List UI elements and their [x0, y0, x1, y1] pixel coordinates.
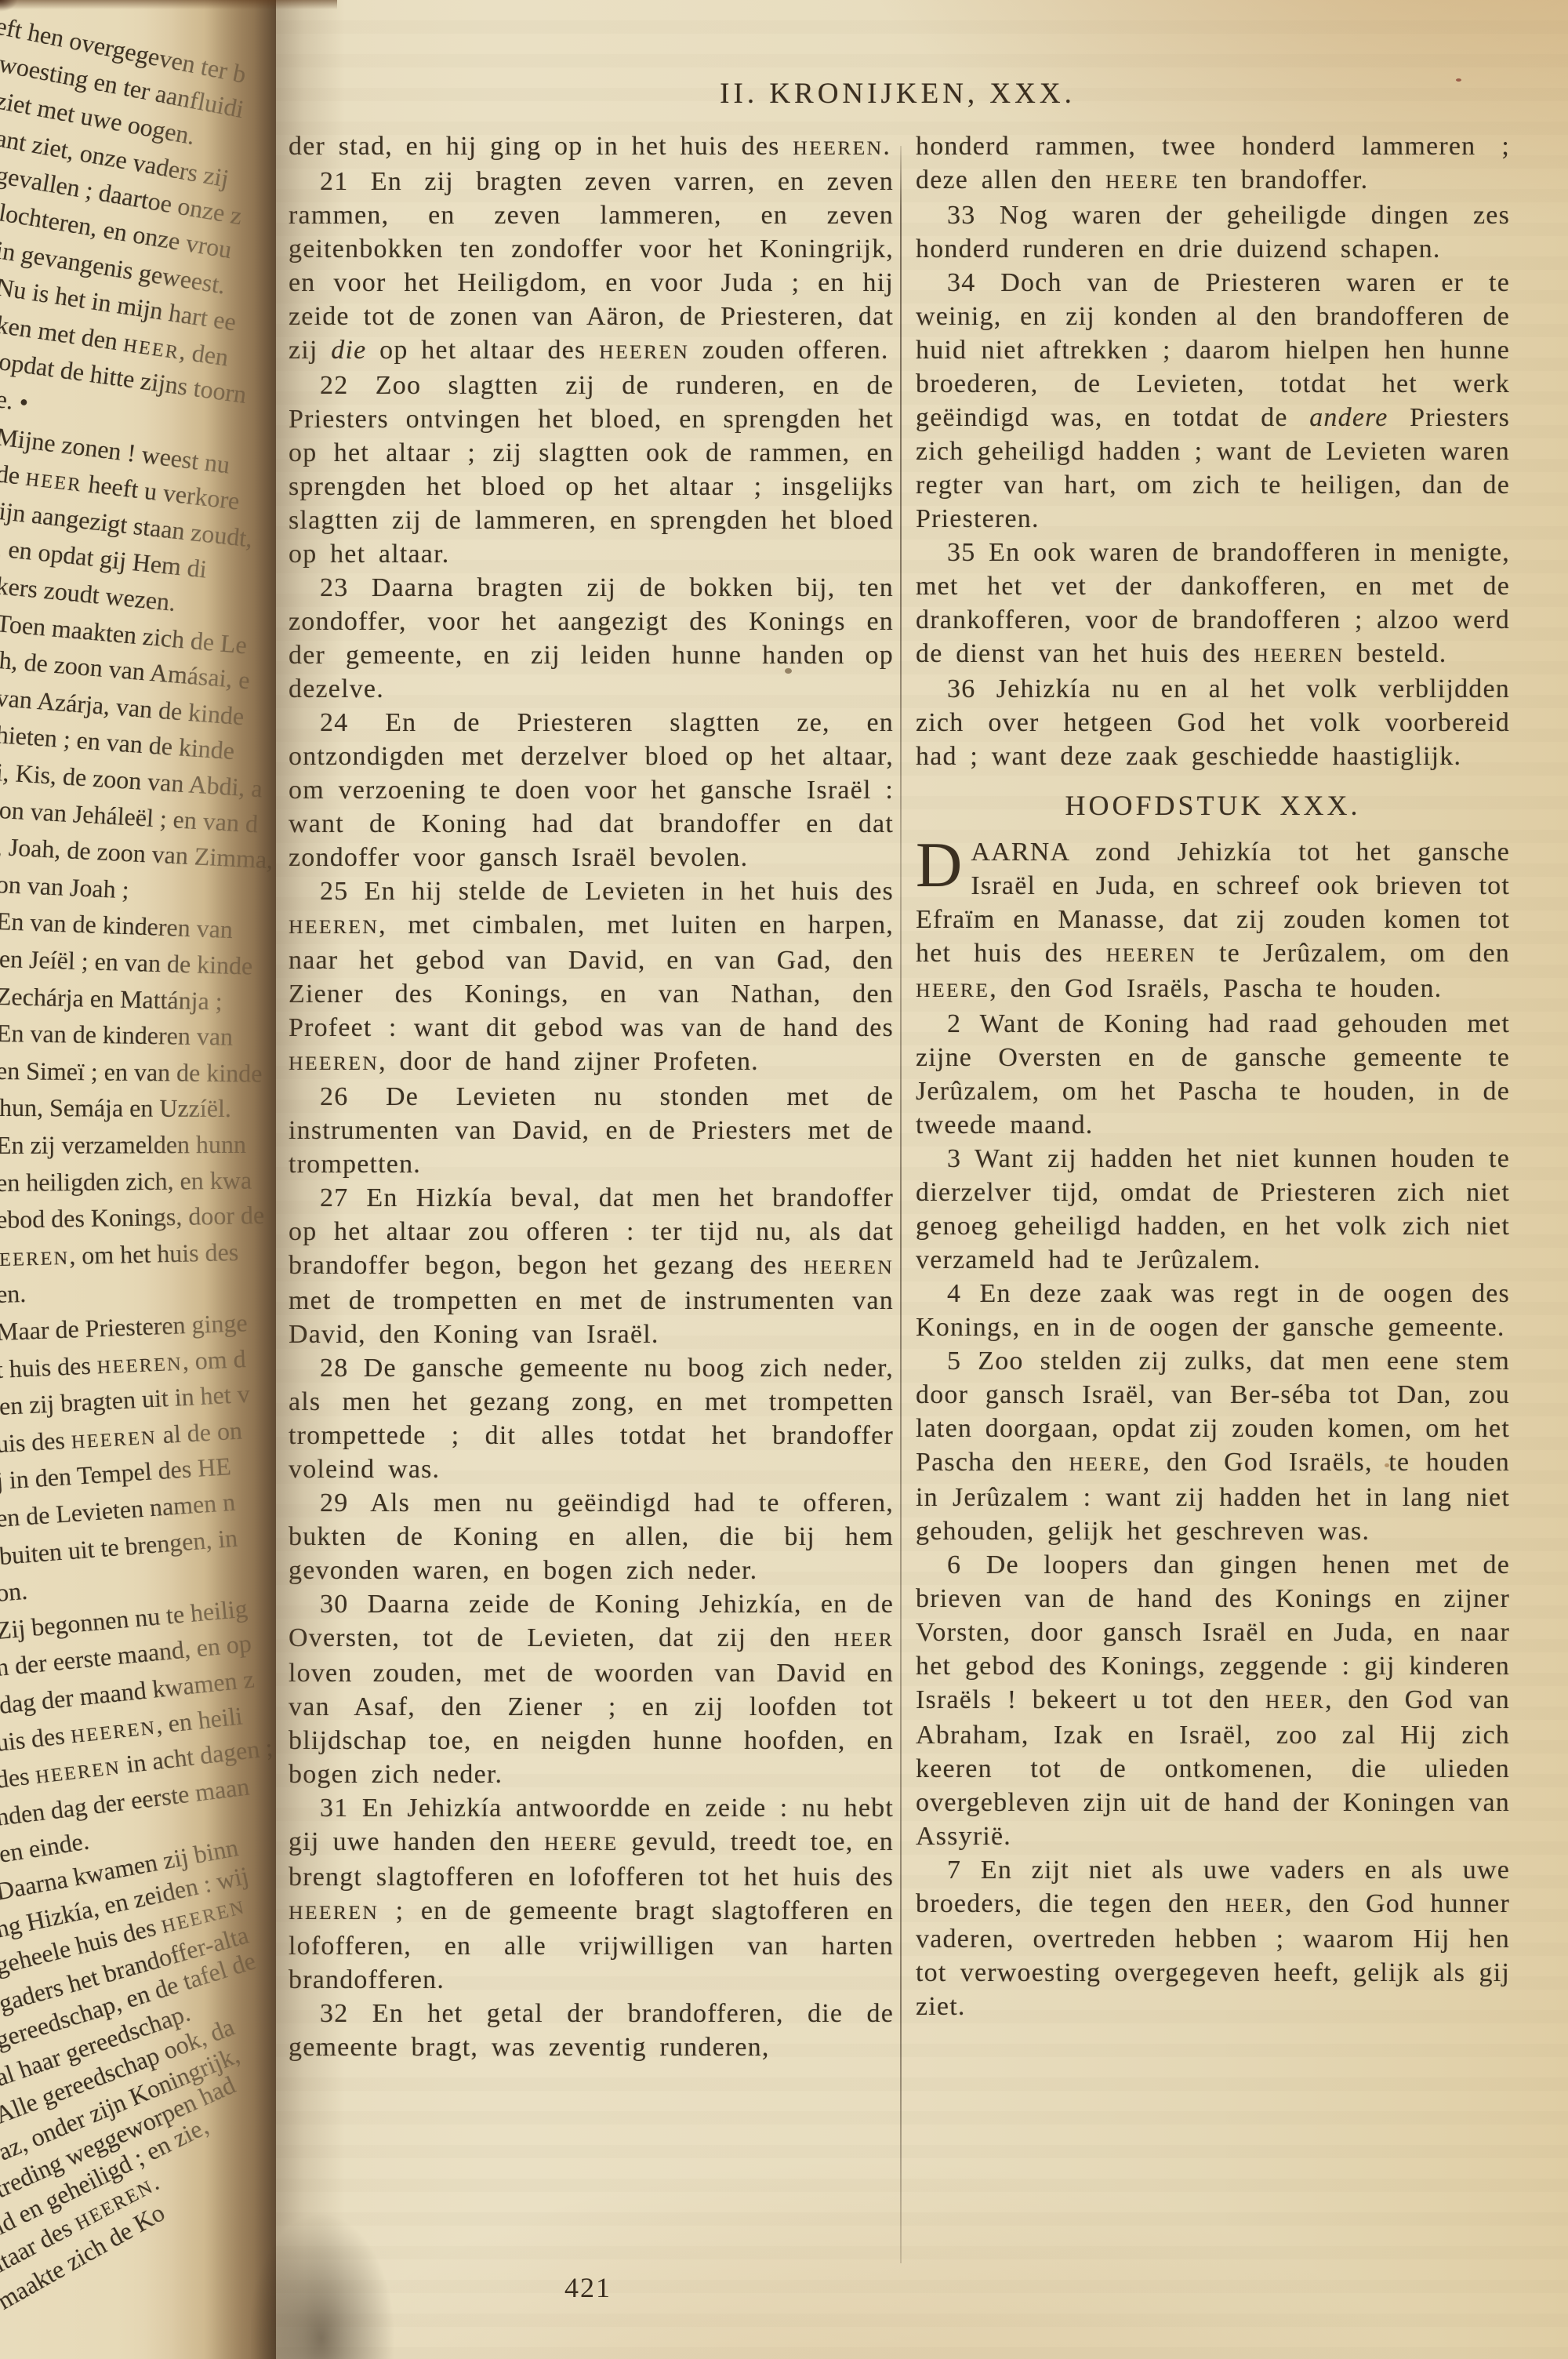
facing-page-text-line: n der eerste maand, en op [0, 1612, 276, 1684]
facing-page-text-line: uis des HEEREN al de on [0, 1405, 276, 1463]
corner-shadow [0, 0, 24, 16]
book-photo: II. KRONIJKEN, XXX. der stad, en hij gin… [0, 0, 1568, 2359]
facing-page-text-line: ijn aangezigt staan zoudt, [0, 495, 276, 572]
facing-page-text-line: van Azárja, van de kinde [0, 682, 276, 745]
facing-page-text-line: en zij bragten uit in het v [0, 1369, 276, 1422]
verse-paragraph: 34 Doch van de Priesteren waren er te we… [916, 266, 1510, 536]
facing-page-text-line: en Simeï ; en van de kinde [0, 1055, 276, 1091]
running-head: II. KRONIJKEN, XXX. [290, 77, 1505, 111]
facing-page-text-line: on van Jeháleël ; en van d [0, 794, 276, 849]
chapter-heading: HOOFDSTUK XXX. [916, 789, 1510, 823]
column-divider-rule [900, 146, 902, 2263]
facing-page-text-line: Alle gereedschap ook, da [0, 1950, 276, 2130]
facing-page-text-line: id en geheiligd ; en zie, [0, 2027, 276, 2241]
verse-paragraph: 36 Jehizkía nu en al het volk verblijdde… [916, 672, 1510, 773]
facing-page-text-line: in gevangenis geweest. [0, 234, 276, 330]
facing-page-text-line: woesting en ter aanfluidi [0, 47, 276, 157]
facing-page-text-line: en. [0, 1266, 276, 1310]
facing-page-text-line: hun, Semája en Uzzíël. [0, 1092, 276, 1125]
facing-page-text-line: ebod des Konings, door de [0, 1197, 276, 1235]
right-column: honderd rammen, twee honderd lammeren ; … [916, 129, 1510, 2023]
facing-page-text-line: gevallen ; daartoe onze z [0, 159, 276, 261]
right-column-verses: 2 Want de Koning had raad gehouden met z… [916, 1007, 1510, 2023]
facing-page-text-line: En zij verzamelden hunn [0, 1128, 276, 1161]
facing-page-text-line: treding weggeworpen had [0, 2001, 276, 2205]
book-top-edge [0, 0, 337, 9]
facing-page-text-line: En van de kinderen van [0, 905, 276, 952]
verse-paragraph: 5 Zoo stelden zij zulks, dat men eene st… [916, 1344, 1510, 1548]
facing-page-text-line: Zechárja en Mattánja ; [0, 980, 276, 1021]
verse-paragraph: 24 En de Priesteren slagtten ze, en ontz… [289, 706, 894, 874]
verse-paragraph: 3 Want zij hadden het niet kunnen houden… [916, 1142, 1510, 1277]
chapter-opening-text: AARNA zond Jehizkía tot het gansche Isra… [916, 838, 1510, 1003]
facing-page-text-line: az, onder zijn Koningrijk, [0, 1976, 276, 2167]
verse-paragraph: 32 En het getal der brandofferen, die de… [289, 1997, 894, 2064]
facing-page-text-line: en Jeíël ; en van de kinde [0, 943, 276, 987]
paper-speck [785, 668, 792, 674]
right-column-top-verses: honderd rammen, twee honderd lammeren ; … [916, 129, 1510, 773]
facing-page-text-line: en heiligden zich, en kwa [0, 1162, 276, 1198]
facing-page-text-line: i, Kis, de zoon van Abdi, a [0, 756, 276, 814]
verse-paragraph: 35 En ook waren de brandofferen in menig… [916, 536, 1510, 672]
facing-page-text-line: ant ziet, onze vaders zij [0, 122, 276, 227]
facing-page-text-line: lochteren, en onze vrou [0, 196, 276, 296]
facing-page-text-line: dag der maand kwamen z [0, 1646, 276, 1721]
verse-paragraph: 29 Als men nu geëindigd had te offeren, … [289, 1486, 894, 1587]
verse-paragraph: 31 En Jehizkía antwoordde en zeide : nu … [289, 1791, 894, 1997]
verse-paragraph: 30 Daarna zeide de Koning Jehizkía, en d… [289, 1587, 894, 1791]
facing-page-text-line: gereedschap, en de tafel de [0, 1899, 276, 2056]
paper-speck [1385, 1463, 1389, 1467]
facing-page-text-line: opdat de hitte zijns toorn [0, 346, 276, 434]
verse-paragraph: der stad, en hij ging op in het huis des… [289, 129, 894, 165]
verse-paragraph: 23 Daarna bragten zij de bokken bij, ten… [289, 571, 894, 706]
facing-page-edge: eft hen overgegeven ter bwoesting en ter… [0, 0, 276, 2359]
facing-page-text-line: al haar gereedschap. [0, 1925, 276, 2092]
drop-cap: D [916, 835, 971, 892]
facing-page-text-line: EEREN, om het huis des [0, 1232, 276, 1276]
facing-page-text-line: maakte zich de Ko [0, 2080, 276, 2316]
facing-page-text-line: hieten ; en van de kinde [0, 718, 276, 780]
chapter-opening-paragraph: DAARNA zond Jehizkía tot het gansche Isr… [916, 835, 1510, 1007]
verse-paragraph: 2 Want de Koning had raad gehouden met z… [916, 1007, 1510, 1142]
facing-page-text-line: , Joah, de zoon van Zimma, [0, 831, 276, 882]
facing-page-text-line: en einde. [0, 1774, 276, 1870]
facing-page-text-line: ziet met uwe oogen. [0, 85, 276, 192]
facing-page-text-line: uis des HEEREN, en heili [0, 1680, 276, 1761]
verse-paragraph: 27 En Hizkía beval, dat men het brandoff… [289, 1181, 894, 1351]
facing-page-text-line: j in den Tempel des HE [0, 1439, 276, 1497]
facing-page-text-line: Daarna kwamen zij binn [0, 1799, 276, 1907]
facing-page-text-line: ken met den HEER, den [0, 308, 276, 403]
facing-page-text-line: de HEER heeft u verkore [0, 457, 276, 540]
facing-page-text-line: Mijne zonen ! weest nu [0, 420, 276, 503]
facing-page-text-line: on. [0, 1542, 276, 1608]
facing-page-text-line: en de Levieten namen n [0, 1473, 276, 1534]
facing-page-text-line: Nu is het in mijn hart ee [0, 271, 276, 364]
paper-speck [1456, 78, 1461, 82]
facing-page-text-line: e. • [0, 383, 276, 468]
facing-page-text-line: buiten uit te brengen, in [0, 1507, 276, 1571]
verse-paragraph: 22 Zoo slagtten zij de runderen, en de P… [289, 369, 894, 571]
facing-page-text-line: ng Hizkía, en zeiden : wij [0, 1824, 276, 1944]
facing-page-text-line: kers zoudt wezen. [0, 569, 276, 642]
verse-paragraph: honderd rammen, twee honderd lammeren ; … [916, 129, 1510, 198]
gutter-shadow [270, 0, 345, 2359]
verse-paragraph: 28 De gansche gemeente nu boog zich nede… [289, 1351, 894, 1486]
gutter-bottom-shadow [251, 2149, 408, 2359]
facing-page-text-line: h, de zoon van Amásai, e [0, 644, 276, 710]
facing-page-text-line: , en opdat gij Hem di [0, 532, 276, 606]
facing-page-text-line: on van Joah ; [0, 868, 276, 918]
facing-page-text-line: ltaar des HEEREN. [0, 2054, 276, 2282]
verse-paragraph: 21 En zij bragten zeven varren, en zeven… [289, 165, 894, 369]
verse-paragraph: 26 De Levieten nu stonden met de instrum… [289, 1080, 894, 1181]
facing-page-text-line: geheele huis des HEEREN [0, 1848, 276, 1984]
page-number: 421 [510, 2271, 666, 2304]
verse-paragraph: 33 Nog waren der geheiligde dingen zes h… [916, 198, 1510, 266]
facing-page-text-line: Zij begonnen nu te heilig [0, 1577, 276, 1646]
facing-page-text-line: gaders het brandoffer-alta [0, 1874, 276, 2019]
facing-page-text-line: eft hen overgegeven ter b [0, 9, 276, 122]
facing-page-text-line: t huis des HEEREN, om d [0, 1335, 276, 1388]
verse-paragraph: 25 En hij stelde de Levieten in het huis… [289, 874, 894, 1080]
verse-paragraph: 4 En deze zaak was regt in de oogen des … [916, 1277, 1510, 1344]
facing-page-text-line: nden dag der eerste maan [0, 1750, 276, 1833]
verse-paragraph: 7 En zijt niet als uwe vaders en als uwe… [916, 1853, 1510, 2023]
facing-page-text-line: des HEEREN in acht dagen ; [0, 1714, 276, 1798]
facing-page-text-line: Toen maakten zich de Le [0, 607, 276, 676]
left-column: der stad, en hij ging op in het huis des… [289, 129, 894, 2064]
verse-paragraph: 6 De loopers dan gingen henen met de bri… [916, 1548, 1510, 1853]
facing-page-text-line: Maar de Priesteren ginge [0, 1300, 276, 1347]
facing-page-text-line: En van de kinderen van [0, 1017, 276, 1055]
